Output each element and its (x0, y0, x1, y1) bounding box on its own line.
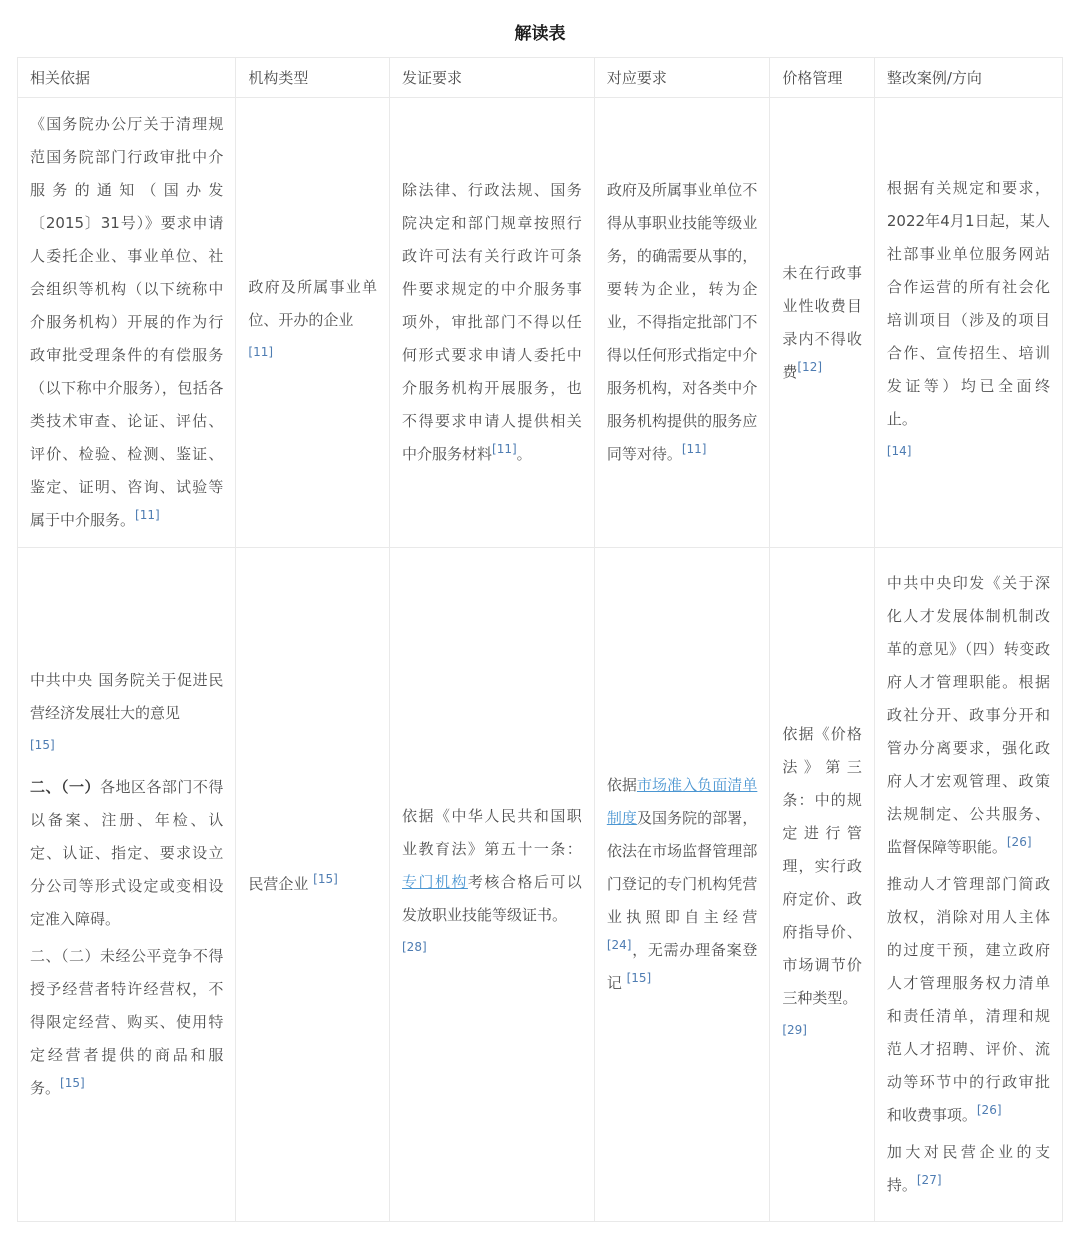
reference-link[interactable]: [15] (30, 738, 55, 752)
table-cell-r2-c3: 依据《中华人民共和国职业教育法》第五十一条：专门机构考核合格后可以发放职业技能等… (390, 548, 595, 1222)
reference-link[interactable]: [11] (492, 442, 517, 456)
cell-text: 根据有关规定和要求，2022年4月1日起，某人社部事业单位服务网站合作运营的所有… (887, 179, 1050, 428)
cell-paragraph: 《国务院办公厅关于清理规范国务院部门行政审批中介服务的通知（国办发〔2015〕3… (30, 108, 223, 537)
cell-paragraph: 二、（二）未经公平竞争不得授予经营者特许经营权，不得限定经营、购买、使用特定经营… (30, 940, 223, 1105)
table-cell-r1-c2: 政府及所属事业单位、开办的企业[11] (236, 98, 390, 548)
cell-text: 依据《价格法》第三条：中的规定进行管理，实行政府定价、政府指导价、市场调节价三种… (782, 725, 862, 1007)
cell-text: 加大对民营企业的支持。 (887, 1143, 1050, 1194)
cell-paragraph: 政府及所属事业单位、开办的企业 (248, 271, 377, 337)
column-header-3: 发证要求 (390, 58, 595, 98)
cell-text: 政府及所属事业单位不得从事职业技能等级业务，的确需要从事的，要转为企业，转为企业… (607, 181, 758, 463)
cell-paragraph: 除法律、行政法规、国务院决定和部门规章按照行政许可法有关行政许可条件要求规定的中… (402, 174, 582, 471)
cell-text: 政府及所属事业单位、开办的企业 (248, 278, 377, 329)
cell-paragraph: 民营企业 [15] (248, 868, 377, 901)
page-title: 解读表 (17, 22, 1063, 46)
cell-paragraph: [14] (887, 440, 1050, 473)
reference-link[interactable]: [11] (135, 508, 160, 522)
table-cell-r1-c1: 《国务院办公厅关于清理规范国务院部门行政审批中介服务的通知（国办发〔2015〕3… (18, 98, 236, 548)
reference-link[interactable]: [11] (248, 345, 273, 359)
table-row-2: 中共中央 国务院关于促进民营经济发展壮大的意见[15]二、（一）各地区各部门不得… (18, 548, 1063, 1222)
column-header-6: 整改案例/方向 (874, 58, 1062, 98)
cell-text: 。 (517, 445, 532, 463)
table-cell-r2-c4: 依据市场准入负面清单制度及国务院的部署，依法在市场监督管理部门登记的专门机构凭营… (594, 548, 770, 1222)
cell-text: 二、（二）未经公平竞争不得授予经营者特许经营权，不得限定经营、购买、使用特定经营… (30, 947, 223, 1097)
cell-paragraph: [29] (782, 1019, 862, 1052)
interpretation-table: 相关依据机构类型发证要求对应要求价格管理整改案例/方向 《国务院办公厅关于清理规… (17, 57, 1063, 1222)
table-cell-r2-c5: 依据《价格法》第三条：中的规定进行管理，实行政府定价、政府指导价、市场调节价三种… (770, 548, 875, 1222)
reference-link[interactable]: [29] (782, 1023, 807, 1037)
cell-paragraph: 未在行政事业性收费目录内不得收费[12] (782, 257, 862, 389)
cell-paragraph: [28] (402, 936, 582, 969)
reference-link[interactable]: [15] (627, 971, 652, 985)
reference-link[interactable]: [26] (977, 1103, 1002, 1117)
cell-paragraph: 中共中央印发《关于深化人才发展体制机制改革的意见》（四）转变政府人才管理职能。根… (887, 567, 1050, 864)
column-header-5: 价格管理 (770, 58, 875, 98)
column-header-1: 相关依据 (18, 58, 236, 98)
cell-paragraph: 中共中央 国务院关于促进民营经济发展壮大的意见 (30, 664, 223, 730)
cell-text: 依据《中华人民共和国职业教育法》第五十一条： (402, 807, 582, 858)
cell-paragraph: 二、（一）各地区各部门不得以备案、注册、年检、认定、认证、指定、要求设立分公司等… (30, 771, 223, 936)
table-cell-r1-c4: 政府及所属事业单位不得从事职业技能等级业务，的确需要从事的，要转为企业，转为企业… (594, 98, 770, 548)
reference-link[interactable]: [15] (60, 1076, 85, 1090)
reference-link[interactable]: [12] (797, 360, 822, 374)
table-cell-r2-c1: 中共中央 国务院关于促进民营经济发展壮大的意见[15]二、（一）各地区各部门不得… (18, 548, 236, 1222)
reference-link[interactable]: [11] (682, 442, 707, 456)
table-cell-r1-c5: 未在行政事业性收费目录内不得收费[12] (770, 98, 875, 548)
cell-paragraph: 依据《中华人民共和国职业教育法》第五十一条：专门机构考核合格后可以发放职业技能等… (402, 800, 582, 932)
column-header-2: 机构类型 (236, 58, 390, 98)
table-row-1: 《国务院办公厅关于清理规范国务院部门行政审批中介服务的通知（国办发〔2015〕3… (18, 98, 1063, 548)
cell-paragraph: 依据市场准入负面清单制度及国务院的部署，依法在市场监督管理部门登记的专门机构凭营… (607, 769, 758, 1000)
cell-text: 中共中央 国务院关于促进民营经济发展壮大的意见 (30, 671, 223, 722)
table-cell-r2-c2: 民营企业 [15] (236, 548, 390, 1222)
inline-link[interactable]: 专门机构 (402, 873, 468, 891)
cell-text: 民营企业 (248, 875, 313, 893)
cell-text-bold: 二、（一） (30, 778, 100, 796)
cell-text: 除法律、行政法规、国务院决定和部门规章按照行政许可法有关行政许可条件要求规定的中… (402, 181, 582, 463)
cell-text: 中共中央印发《关于深化人才发展体制机制改革的意见》（四）转变政府人才管理职能。根… (887, 574, 1050, 856)
cell-paragraph: 依据《价格法》第三条：中的规定进行管理，实行政府定价、政府指导价、市场调节价三种… (782, 718, 862, 1015)
document-page: 解读表 相关依据机构类型发证要求对应要求价格管理整改案例/方向 《国务院办公厅关… (0, 22, 1080, 1222)
table-cell-r2-c6: 中共中央印发《关于深化人才发展体制机制改革的意见》（四）转变政府人才管理职能。根… (874, 548, 1062, 1222)
cell-paragraph: [11] (248, 341, 377, 374)
cell-paragraph: 政府及所属事业单位不得从事职业技能等级业务，的确需要从事的，要转为企业，转为企业… (607, 174, 758, 471)
table-cell-r1-c3: 除法律、行政法规、国务院决定和部门规章按照行政许可法有关行政许可条件要求规定的中… (390, 98, 595, 548)
reference-link[interactable]: [24] (607, 938, 632, 952)
reference-link[interactable]: [26] (1007, 835, 1032, 849)
table-header-row: 相关依据机构类型发证要求对应要求价格管理整改案例/方向 (18, 58, 1063, 98)
reference-link[interactable]: [27] (917, 1173, 942, 1187)
table-body: 《国务院办公厅关于清理规范国务院部门行政审批中介服务的通知（国办发〔2015〕3… (18, 98, 1063, 1222)
cell-paragraph: 根据有关规定和要求，2022年4月1日起，某人社部事业单位服务网站合作运营的所有… (887, 172, 1050, 436)
cell-text: 推动人才管理部门简政放权，消除对用人主体的过度干预，建立政府人才管理服务权力清单… (887, 875, 1050, 1124)
table-cell-r1-c6: 根据有关规定和要求，2022年4月1日起，某人社部事业单位服务网站合作运营的所有… (874, 98, 1062, 548)
reference-link[interactable]: [28] (402, 940, 427, 954)
cell-paragraph: [15] (30, 734, 223, 767)
column-header-4: 对应要求 (594, 58, 770, 98)
cell-text: 各地区各部门不得以备案、注册、年检、认定、认证、指定、要求设立分公司等形式设定或… (30, 778, 223, 928)
cell-paragraph: 推动人才管理部门简政放权，消除对用人主体的过度干预，建立政府人才管理服务权力清单… (887, 868, 1050, 1132)
cell-text: 《国务院办公厅关于清理规范国务院部门行政审批中介服务的通知（国办发〔2015〕3… (30, 115, 223, 529)
cell-text: 未在行政事业性收费目录内不得收费 (782, 264, 862, 381)
table-header: 相关依据机构类型发证要求对应要求价格管理整改案例/方向 (18, 58, 1063, 98)
reference-link[interactable]: [15] (313, 872, 338, 886)
cell-text: 依据 (607, 776, 637, 794)
reference-link[interactable]: [14] (887, 444, 912, 458)
cell-paragraph: 加大对民营企业的支持。[27] (887, 1136, 1050, 1202)
